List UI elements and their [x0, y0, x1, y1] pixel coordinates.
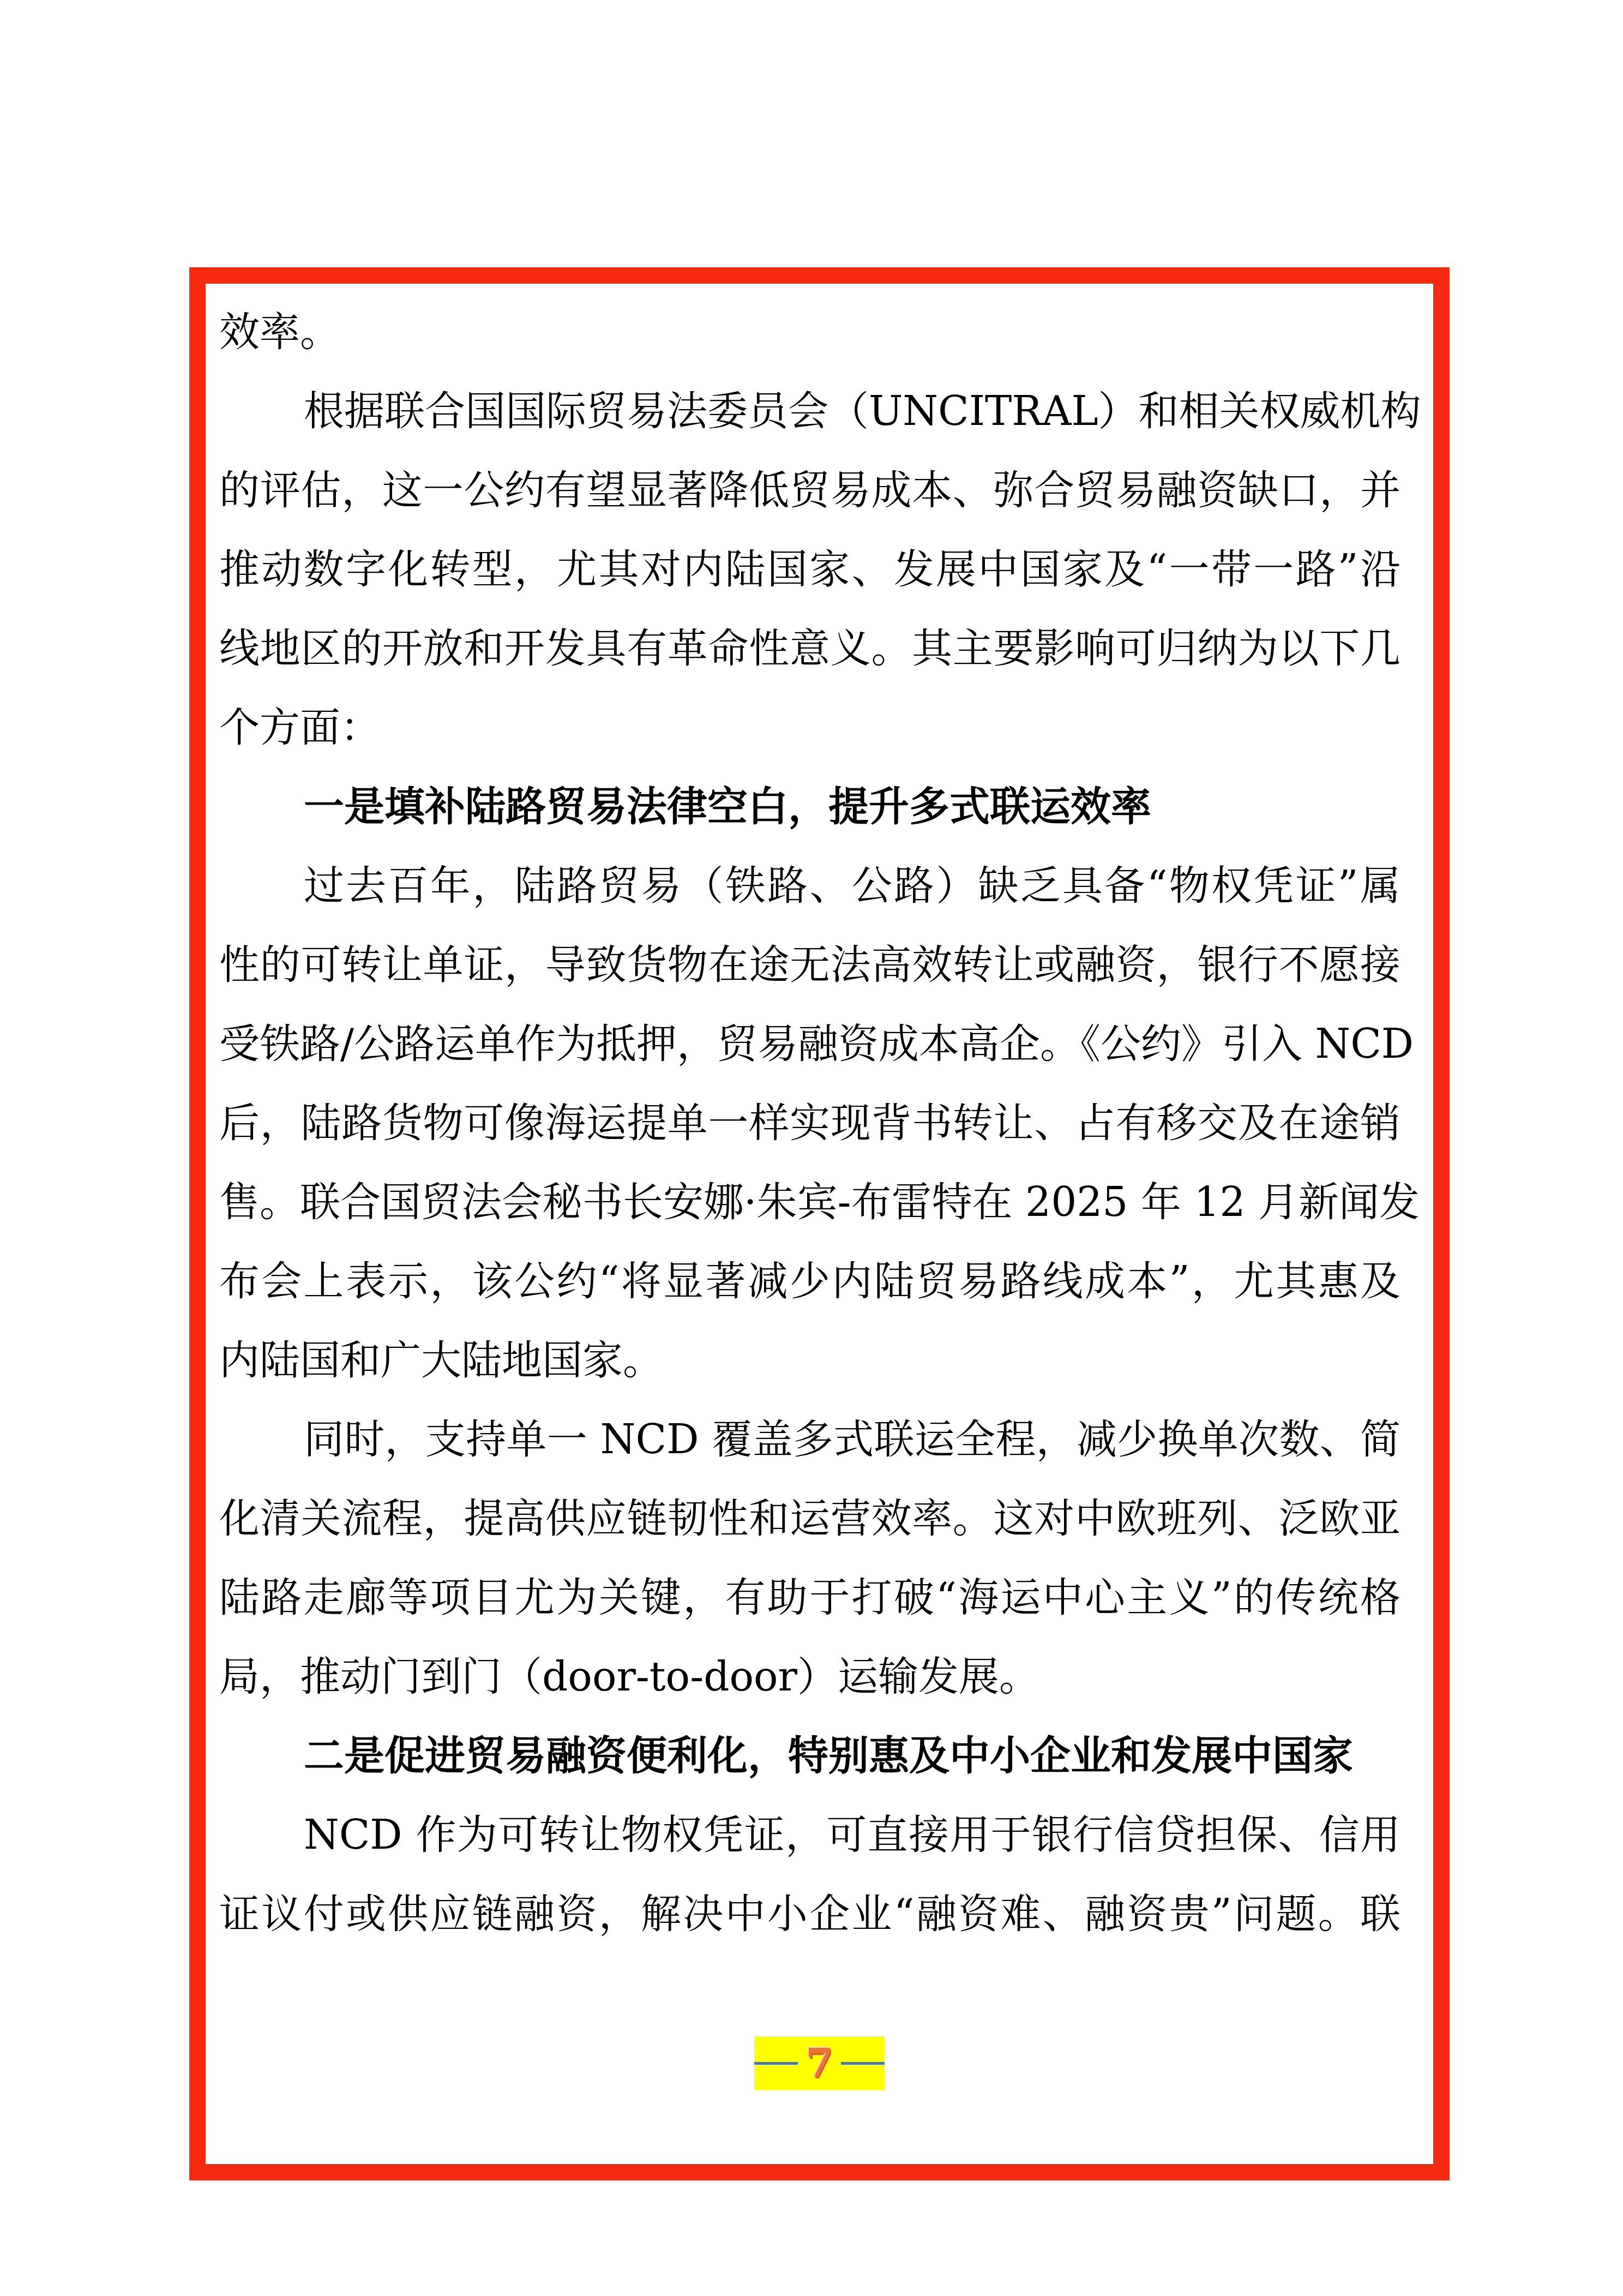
paragraph-line: 陆路走廊等项目尤为关键，有助于打破“海运中心主义”的传统格	[219, 1558, 1400, 1638]
paragraph-line: 布会上表示，该公约“将显著减少内陆贸易路线成本”，尤其惠及	[219, 1242, 1400, 1321]
right-dash	[841, 2062, 885, 2065]
paragraph-line: 局，推动门到门（door-to-door）运输发展。	[219, 1638, 1400, 1717]
paragraph-line: 性的可转让单证，导致货物在途无法高效转让或融资，银行不愿接	[219, 926, 1400, 1005]
page-number-badge: 7	[754, 2036, 885, 2090]
paragraph-line: 效率。	[219, 293, 1400, 372]
paragraph-line: 线地区的开放和开发具有革命性意义。其主要影响可归纳为以下几	[219, 609, 1400, 688]
paragraph-line: 推动数字化转型，尤其对内陆国家、发展中国家及“一带一路”沿	[219, 530, 1400, 609]
paragraph-line: 证议付或供应链融资，解决中小企业“融资难、融资贵”问题。联	[219, 1875, 1400, 1954]
paragraph-line: 后，陆路货物可像海运提单一样实现背书转让、占有移交及在途销	[219, 1084, 1400, 1163]
paragraph-line: 的评估，这一公约有望显著降低贸易成本、弥合贸易融资缺口，并	[219, 451, 1400, 530]
section-heading: 一是填补陆路贸易法律空白，提升多式联运效率	[304, 768, 1400, 847]
paragraph-line: 受铁路/公路运单作为抵押，贸易融资成本高企。《公约》引入 NCD	[219, 1005, 1400, 1084]
left-dash	[754, 2062, 798, 2065]
paragraph-line: 售。联合国贸法会秘书长安娜·朱宾-布雷特在 2025 年 12 月新闻发	[219, 1163, 1400, 1242]
paragraph-line: 个方面：	[219, 688, 1400, 768]
page-number: 7	[806, 2036, 833, 2090]
paragraph-line: 过去百年，陆路贸易（铁路、公路）缺乏具备“物权凭证”属	[304, 847, 1400, 926]
paragraph-line: 同时，支持单一 NCD 覆盖多式联运全程，减少换单次数、简	[304, 1400, 1400, 1479]
paragraph-line: 内陆国和广大陆地国家。	[219, 1321, 1400, 1400]
paragraph-line: 根据联合国国际贸易法委员会（UNCITRAL）和相关权威机构	[304, 372, 1400, 451]
paragraph-line: NCD 作为可转让物权凭证，可直接用于银行信贷担保、信用	[304, 1796, 1400, 1875]
section-heading: 二是促进贸易融资便利化，特别惠及中小企业和发展中国家	[304, 1717, 1400, 1796]
paragraph-line: 化清关流程，提高供应链韧性和运营效率。这对中欧班列、泛欧亚	[219, 1479, 1400, 1558]
